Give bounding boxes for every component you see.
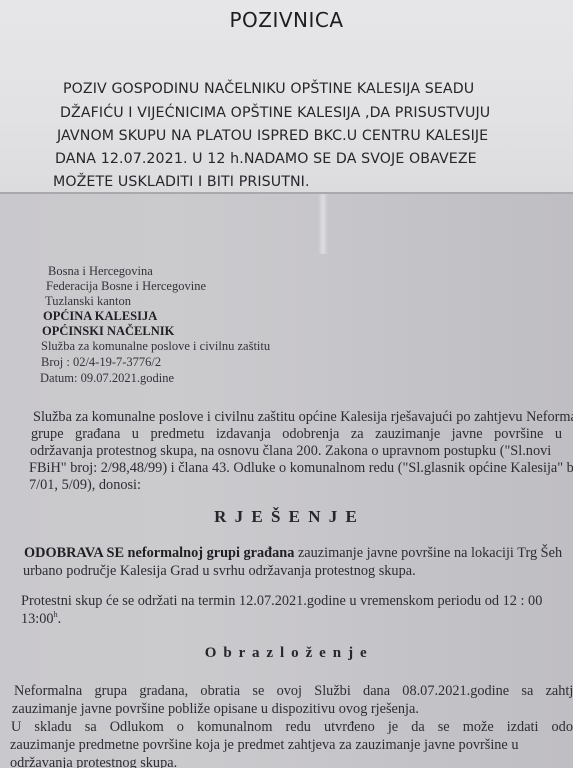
letterhead-canton: Tuzlanski kanton — [45, 294, 131, 309]
preamble-text: grupe građana u predmetu izdavanja odobr… — [31, 426, 573, 443]
reasoning-heading: O b r a z l o ž e n j e — [0, 645, 573, 662]
letterhead-municipality: OPĆINA KALESIJA — [43, 309, 157, 324]
letterhead-service: Služba za komunalne poslove i civilnu za… — [41, 339, 270, 354]
invitation-line: DŽAFIĆU I VIJEĆNICIMA OPŠTINE KALESIJA ,… — [60, 105, 490, 121]
letterhead-entity: Federacija Bosne i Hercegovine — [46, 279, 206, 294]
reasoning-line: U skladu sa Odlukom o komunalnom redu ut… — [11, 719, 573, 736]
preamble-line: održavanja protestnog skupa, na osnovu č… — [30, 443, 551, 460]
decision-heading: R J E Š E N J E — [0, 507, 573, 527]
reasoning-text: U skladu sa Odlukom o komunalnom redu ut… — [11, 719, 573, 736]
decision-text: zauzimanje javne površine na lokaciji Tr… — [294, 545, 562, 561]
schedule-period: . — [58, 611, 62, 627]
invitation-line: MOŽETE USKLADITI I BITI PRISUTNI. — [53, 174, 310, 190]
reasoning-line: zauzimanje javne površine pobliže opisan… — [12, 701, 419, 718]
schedule-line: 13:00h. — [21, 610, 61, 628]
preamble-line: 7/01, 5/09), donosi: — [29, 477, 141, 494]
reasoning-line: zauzimanje predmetne površine koja je pr… — [10, 737, 519, 754]
preamble-line: Služba za komunalne poslove i civilnu za… — [33, 409, 573, 426]
preamble-line: grupe građana u predmetu izdavanja odobr… — [31, 426, 573, 443]
decision-line: ODOBRAVA SE neformalnoj grupi građana za… — [24, 545, 562, 562]
document-number: Broj : 02/4-19-7-3776/2 — [41, 355, 161, 370]
schedule-end-time: 13:00 — [21, 611, 54, 627]
letterhead-office: OPĆINSKI NAČELNIK — [42, 324, 174, 339]
invitation-line: DANA 12.07.2021. U 12 h.NADAMO SE DA SVO… — [55, 151, 477, 167]
preamble-line: FBiH" broj: 2/98,48/99) i člana 43. Odlu… — [29, 460, 573, 477]
paper-fold — [318, 194, 328, 254]
invitation-line: JAVNOM SKUPU NA PLATOU ISPRED BKC.U CENT… — [57, 128, 488, 144]
decision-bold-lead: ODOBRAVA SE neformalnoj grupi građana — [24, 545, 294, 561]
schedule-line: Protestni skup će se održati na termin 1… — [21, 593, 542, 610]
invitation-title: POZIVNICA — [0, 8, 573, 32]
invitation-line: POZIV GOSPODINU NAČELNIKU OPŠTINE KALESI… — [63, 81, 474, 97]
reasoning-line: održavanja protestnog skupa. — [10, 755, 177, 768]
document-date: Datum: 09.07.2021.godine — [40, 371, 174, 386]
reasoning-text: Neformalna grupa gradana, obratia se ovo… — [14, 683, 573, 700]
reasoning-line: Neformalna grupa gradana, obratia se ovo… — [14, 683, 573, 700]
letterhead-country: Bosna i Hercegovina — [48, 264, 153, 279]
decision-line: urbano područje Kalesija Grad u svrhu od… — [23, 563, 416, 580]
